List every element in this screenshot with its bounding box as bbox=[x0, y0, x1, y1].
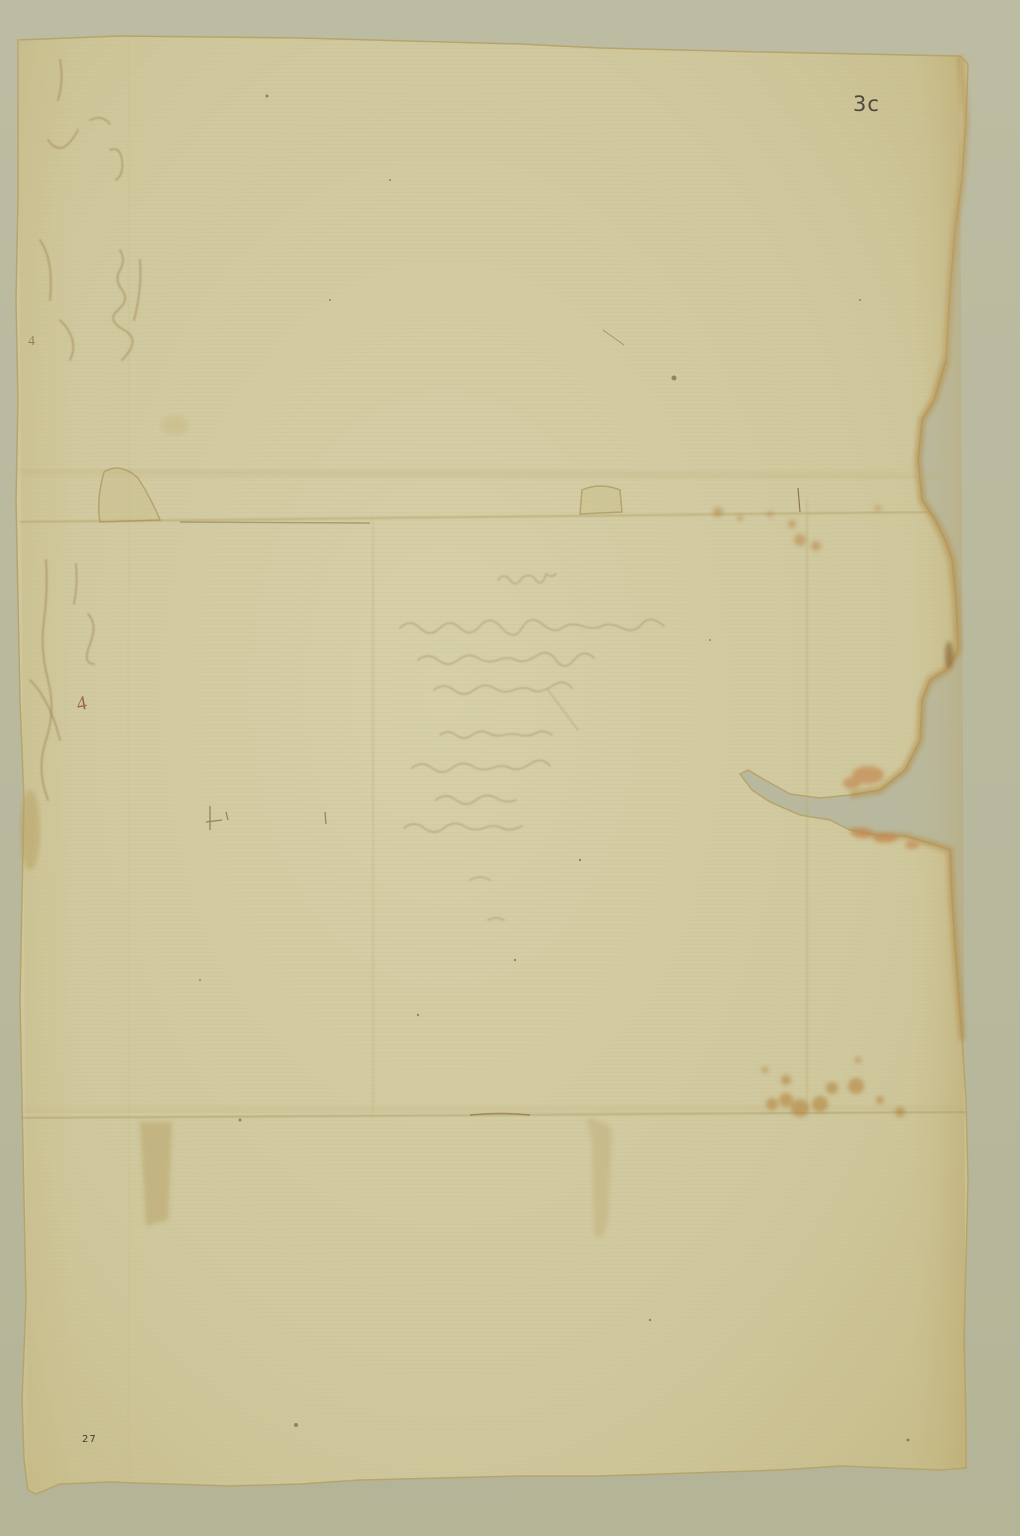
folio-number-top: 3c bbox=[853, 92, 880, 116]
left-edge-stain bbox=[20, 790, 40, 870]
folio-number-bottom: 27 bbox=[82, 1434, 97, 1445]
scan-viewer: 4 4 3c 27 faint mirrored ink bleed-throu… bbox=[0, 0, 1020, 1536]
manuscript-page: 4 4 bbox=[0, 0, 1020, 1536]
margin-numeral-4-upper: 4 bbox=[28, 334, 35, 349]
